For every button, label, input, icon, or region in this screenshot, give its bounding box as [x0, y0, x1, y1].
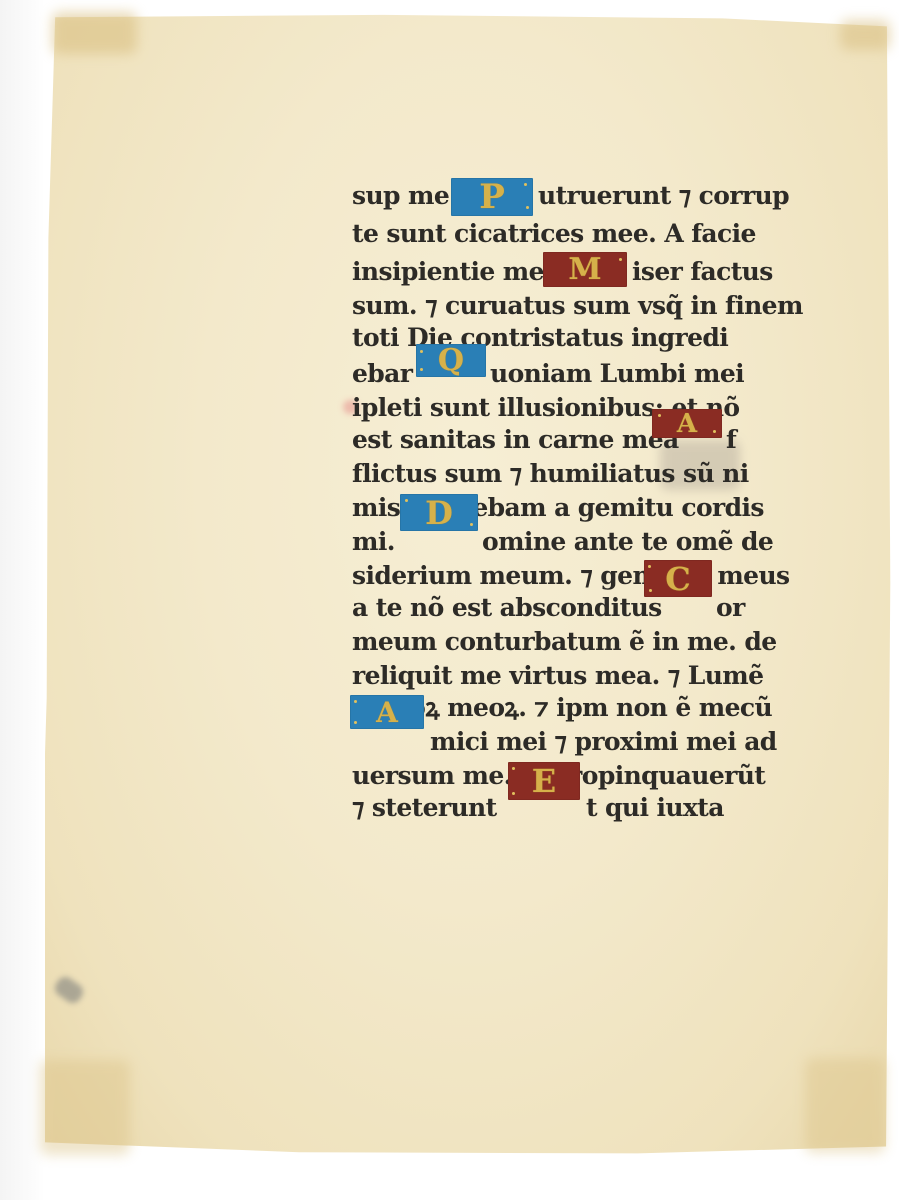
line-text: reliquit me virtus mea. ⁊ Lumẽ: [352, 661, 763, 690]
initial-letter: A: [677, 409, 697, 439]
text-line: utruerunt ⁊ corrup: [538, 180, 789, 212]
initial-dot: [658, 414, 661, 417]
line-text: est sanitas in carne mea: [352, 425, 679, 454]
text-line: a te nõ est absconditus: [352, 592, 662, 624]
line-text: f: [726, 425, 736, 454]
text-line: flictus sum ⁊ humiliatus sũ ni: [352, 458, 749, 490]
illuminated-initial-a: A: [652, 409, 722, 438]
initial-dot: [470, 523, 473, 526]
text-line: or: [716, 592, 745, 624]
line-text: t qui iuxta: [586, 793, 724, 822]
initial-dot: [420, 350, 423, 353]
illuminated-initial-p: P: [451, 178, 533, 216]
initial-letter: C: [665, 560, 690, 598]
line-text: flictus sum ⁊ humiliatus sũ ni: [352, 459, 749, 488]
illuminated-initial-d: D: [400, 494, 478, 531]
line-text: mici mei ⁊ proximi mei ad: [430, 727, 777, 756]
line-text: or: [716, 593, 745, 622]
text-line: insipientie mee: [352, 256, 559, 288]
initial-dot: [524, 183, 527, 186]
initial-letter: M: [568, 252, 601, 287]
line-text: sum. ⁊ curuatus sum vsq̃ in finem: [352, 291, 803, 320]
stain-bottom-left: [40, 1060, 130, 1155]
line-text: te sunt cicatrices mee. A facie: [352, 219, 756, 248]
line-text: uoniam Lumbi mei: [490, 359, 744, 388]
text-line: toti Die contristatus ingredi: [352, 322, 728, 354]
line-text: mi.: [352, 527, 395, 556]
initial-dot: [512, 767, 515, 770]
initial-dot: [512, 792, 515, 795]
initial-letter: A: [376, 696, 398, 729]
text-line: sum. ⁊ curuatus sum vsq̃ in finem: [352, 290, 803, 322]
illuminated-initial-q: Q: [416, 344, 486, 377]
text-line: iser factus: [632, 256, 773, 288]
text-line: meum conturbatum ẽ in me. de: [352, 626, 777, 658]
text-line: ⁊ steterunt: [352, 792, 497, 824]
line-text: ebar: [352, 359, 412, 388]
initial-dot: [713, 430, 716, 433]
initial-dot: [354, 721, 357, 724]
initial-dot: [619, 258, 622, 261]
initial-letter: E: [532, 762, 556, 800]
illuminated-initial-m: M: [543, 252, 627, 287]
text-line: mi.: [352, 526, 395, 558]
initial-letter: D: [425, 494, 453, 532]
text-line: siderium meum. ⁊ gemitus meus: [352, 560, 790, 592]
initial-dot: [405, 499, 408, 502]
text-line: sup me: [352, 180, 449, 212]
initial-dot: [649, 589, 652, 592]
text-line: est sanitas in carne mea: [352, 424, 679, 456]
initial-letter: Q: [438, 343, 464, 378]
line-text: a te nõ est absconditus: [352, 593, 662, 622]
line-text: omine ante te omẽ de: [482, 527, 773, 556]
line-text: insipientie mee: [352, 257, 559, 286]
text-line: te sunt cicatrices mee. A facie: [352, 218, 756, 250]
text-line: f: [726, 424, 736, 456]
line-text: toti Die contristatus ingredi: [352, 323, 728, 352]
line-text: utruerunt ⁊ corrup: [538, 181, 789, 210]
stain-bottom-right: [805, 1058, 885, 1153]
line-text: meum conturbatum ẽ in me. de: [352, 627, 777, 656]
initial-dot: [526, 206, 529, 209]
illuminated-initial-a-amici: A: [350, 695, 424, 729]
initial-letter: P: [479, 177, 505, 217]
stain-top-left: [52, 12, 137, 54]
text-line: ebar: [352, 358, 412, 390]
line-text: siderium meum. ⁊ gemitus meus: [352, 561, 790, 590]
stain-top-right: [840, 20, 890, 50]
text-line: t qui iuxta: [586, 792, 724, 824]
line-text: sup me: [352, 181, 449, 210]
initial-dot: [420, 368, 423, 371]
text-line: mici mei ⁊ proximi mei ad: [430, 726, 777, 758]
line-text: ⁊ steterunt: [352, 793, 497, 822]
initial-dot: [354, 700, 357, 703]
illuminated-initial-c: C: [644, 560, 712, 597]
text-line: reliquit me virtus mea. ⁊ Lumẽ: [352, 660, 763, 692]
initial-dot: [648, 565, 651, 568]
illuminated-initial-e: E: [508, 762, 580, 800]
text-line: uoniam Lumbi mei: [490, 358, 744, 390]
line-text: iser factus: [632, 257, 773, 286]
text-line: omine ante te omẽ de: [482, 526, 773, 558]
